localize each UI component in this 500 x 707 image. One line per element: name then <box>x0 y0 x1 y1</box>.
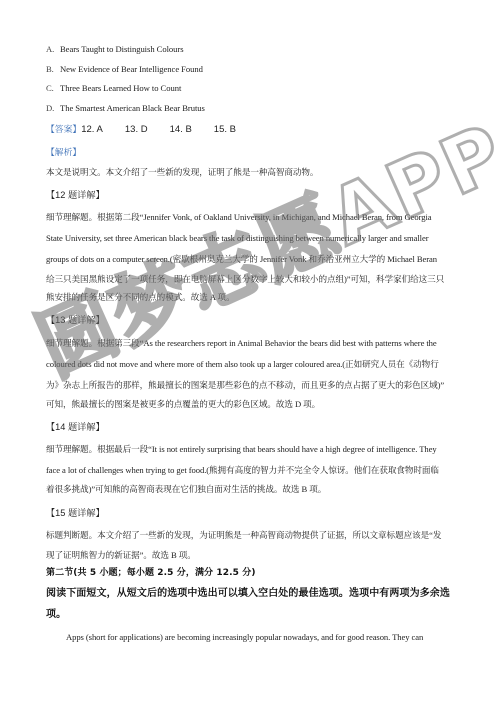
option-a: A.Bears Taught to Distinguish Colours <box>46 43 184 55</box>
q12-line: groups of dots on a computer screen.(密歇根… <box>46 253 437 265</box>
q14-line: 细节理解题。根据最后一段“It is not entirely surprisi… <box>46 443 437 455</box>
q13-line: 可知，熊最擅长的图案是被更多的点覆盖的更大的彩色区域。故选 D 项。 <box>46 398 320 410</box>
analysis-text: 本文是说明文。本文介绍了一些新的发现，证明了熊是一种高智商动物。 <box>46 166 318 178</box>
section2-instruction: 阅读下面短文，从短文后的选项中选出可以填入空白处的最佳选项。选项中有两项为多余选 <box>46 588 450 600</box>
q14-line: 着很多挑战)”可知熊的高智商表现在它们独自面对生活的挑战。故选 B 项。 <box>46 483 326 495</box>
q14-heading: 【14 题详解】 <box>46 421 105 433</box>
passage-first-line: Apps (short for applications) are becomi… <box>66 631 423 643</box>
q13-line: 细节理解题。根据第三段“As the researchers report in… <box>46 337 437 349</box>
option-letter: A. <box>46 43 60 55</box>
option-letter: D. <box>46 102 60 114</box>
option-b: B.New Evidence of Bear Intelligence Foun… <box>46 63 203 75</box>
option-text: The Smartest American Black Bear Brutus <box>60 103 205 113</box>
q13-heading: 【13 题详解】 <box>46 314 105 326</box>
answer-item: 15. B <box>214 124 236 136</box>
document-page: A.Bears Taught to Distinguish Colours B.… <box>0 0 500 707</box>
q15-line: 现了证明熊智力的新证据”。故选 B 项。 <box>46 549 196 561</box>
q15-line: 标题判断题。本文介绍了一些新的发现，为证明熊是一种高智商动物提供了证据，所以文章… <box>46 529 441 541</box>
watermark: 圆梦志愿APP <box>17 91 500 397</box>
option-c: C.Three Bears Learned How to Count <box>46 82 181 94</box>
q12-line: 熊安排的任务是区分不同的点的模式。故选 A 项。 <box>46 291 235 303</box>
q12-line: State University, set three American bla… <box>46 232 429 244</box>
option-text: New Evidence of Bear Intelligence Found <box>60 64 203 74</box>
answer-item: 14. B <box>170 124 192 136</box>
q12-heading: 【12 题详解】 <box>46 189 105 201</box>
answer-item: 13. D <box>125 124 148 136</box>
answer-row: 【答案】12. A13. D14. B15. B <box>46 123 258 136</box>
q14-line: face a lot of challenges when trying to … <box>46 464 439 476</box>
analysis-label: 【解析】 <box>46 146 81 158</box>
option-letter: C. <box>46 82 60 94</box>
option-text: Bears Taught to Distinguish Colours <box>60 44 184 54</box>
q15-heading: 【15 题详解】 <box>46 507 105 519</box>
option-d: D.The Smartest American Black Bear Brutu… <box>46 102 205 114</box>
q12-line: 给三只美国黑熊设定了一项任务，即在电脑屏幕上区分数字上较大和较小的点组)”可知，… <box>46 273 444 285</box>
section2-instruction: 项。 <box>46 609 66 621</box>
q12-line: 细节理解题。根据第二段“Jennifer Vonk, of Oakland Un… <box>46 211 432 223</box>
answer-item: 12. A <box>81 124 103 136</box>
option-text: Three Bears Learned How to Count <box>60 83 181 93</box>
option-letter: B. <box>46 63 60 75</box>
q13-line: coloured dots did not move and where mor… <box>46 358 439 370</box>
answer-label: 【答案】 <box>46 124 81 134</box>
q13-line: 为》杂志上所报告的那样，熊最擅长的图案是那些彩色的点不移动，而且更多的点占据了更… <box>46 379 444 391</box>
section2-title: 第二节(共 5 小题；每小题 2.5 分，满分 12.5 分) <box>46 567 256 579</box>
